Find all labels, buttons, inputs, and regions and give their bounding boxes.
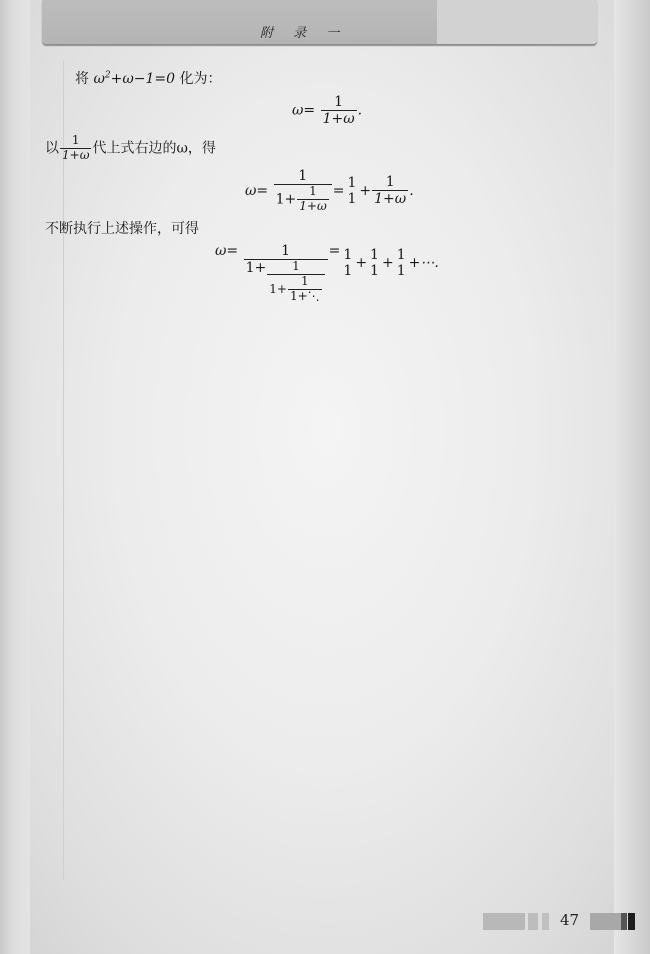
footer-bar-decoration — [590, 913, 622, 930]
denominator: 1+ 1 1+ 1 1+⋱ — [244, 259, 328, 303]
denominator: 1+⋱ — [288, 289, 322, 304]
page-margin-line — [63, 60, 64, 880]
textbook-page: 附 录 一 将 ω2+ω−1=0 化为： ω= 1 1+ω . 以 1 1+ω … — [0, 0, 650, 954]
header-bar-highlight — [437, 0, 597, 44]
numerator: 1 — [341, 247, 354, 263]
ellipsis: ⋯. — [420, 255, 438, 271]
numerator: 1 — [290, 260, 302, 274]
denominator: 1 — [368, 263, 381, 279]
denominator: 1+ω — [297, 199, 328, 214]
denominator: 1 — [395, 263, 408, 279]
series-terms: 11+11+11+⋯. — [340, 247, 438, 279]
nested-fraction: 1 1+ 1 1+ω — [274, 168, 332, 214]
footer-bar-decoration — [528, 913, 538, 930]
plus-sign: + — [409, 255, 421, 271]
page-edge-shadow-right — [614, 0, 650, 954]
text-fragment: 将 — [75, 71, 89, 87]
numerator: 1 — [395, 247, 408, 263]
equation-lhs: ω= — [292, 103, 315, 119]
fraction: 1 1+ω — [321, 94, 357, 127]
series-term: 11 — [368, 247, 381, 279]
running-header-title: 附 录 一 — [260, 22, 347, 41]
equation-lhs: ω= — [215, 243, 238, 259]
numerator: 1 — [299, 275, 311, 289]
denominator-prefix: 1+ — [246, 260, 267, 276]
series-term: 11 — [395, 247, 408, 279]
quadratic-equation: ω2+ω−1=0 — [93, 71, 175, 87]
denominator: 1 — [345, 191, 358, 207]
page-edge-shadow-left — [0, 0, 30, 954]
denominator: 1+ 1 1+ω — [274, 184, 332, 214]
running-header-bar: 附 录 一 — [42, 0, 597, 44]
footer-bar-decoration — [542, 913, 549, 930]
denominator-prefix: 1+ — [269, 282, 287, 296]
denominator: 1+ω — [372, 190, 408, 207]
text-fragment: 化为： — [179, 71, 221, 87]
period: . — [358, 103, 362, 119]
page-number: 47 — [560, 911, 579, 929]
footer-bar-decoration — [483, 913, 525, 930]
denominator: 1+ 1 1+⋱ — [267, 274, 324, 304]
equation-3-continued-fraction: ω= 1 1+ 1 1+ 1 1+⋱ =11+11+11+⋯. — [215, 243, 439, 303]
inner-fraction: 1 1+ω — [297, 185, 328, 214]
denominator: 1+ω — [321, 110, 357, 127]
series-term: 11 — [341, 247, 354, 279]
text-line-3: 不断执行上述操作，可得 — [45, 218, 199, 238]
plus-sign: + — [359, 183, 371, 199]
level3-fraction: 1 1+⋱ — [288, 275, 322, 304]
equation-1: ω= 1 1+ω . — [292, 94, 362, 127]
level2-fraction: 1 1+ 1 1+⋱ — [267, 260, 324, 303]
text-fragment: 代上式右边的ω，得 — [92, 140, 215, 156]
denominator: 1+ω — [60, 148, 91, 163]
numerator: 1 — [332, 94, 345, 110]
plus-sign: + — [355, 255, 367, 271]
denominator: 1 — [341, 263, 354, 279]
equals-sign: = — [329, 243, 341, 259]
equation-2: ω= 1 1+ 1 1+ω = 1 1 + 1 1+ω . — [245, 168, 414, 214]
fraction: 1 1+ω — [60, 134, 91, 163]
footer-bar-decoration — [628, 913, 635, 930]
numerator: 1 — [307, 185, 319, 199]
equals-sign: = — [333, 183, 345, 199]
fraction: 1 1+ω — [372, 174, 408, 207]
numerator: 1 — [296, 168, 309, 184]
plus-sign: + — [382, 255, 394, 271]
footer-bar-decoration — [621, 913, 627, 930]
period: . — [409, 183, 413, 199]
text-fragment: 以 — [45, 140, 59, 156]
fraction: 1 1 — [345, 175, 358, 207]
numerator: 1 — [279, 243, 292, 259]
numerator: 1 — [384, 174, 397, 190]
numerator: 1 — [345, 175, 358, 191]
continued-fraction: 1 1+ 1 1+ 1 1+⋱ — [244, 243, 328, 303]
numerator: 1 — [368, 247, 381, 263]
text-line-2: 以 1 1+ω 代上式右边的ω，得 — [45, 134, 216, 163]
numerator: 1 — [70, 134, 82, 148]
denominator-prefix: 1+ — [276, 191, 297, 207]
equation-lhs: ω= — [245, 183, 268, 199]
text-line-1: 将 ω2+ω−1=0 化为： — [75, 68, 221, 88]
